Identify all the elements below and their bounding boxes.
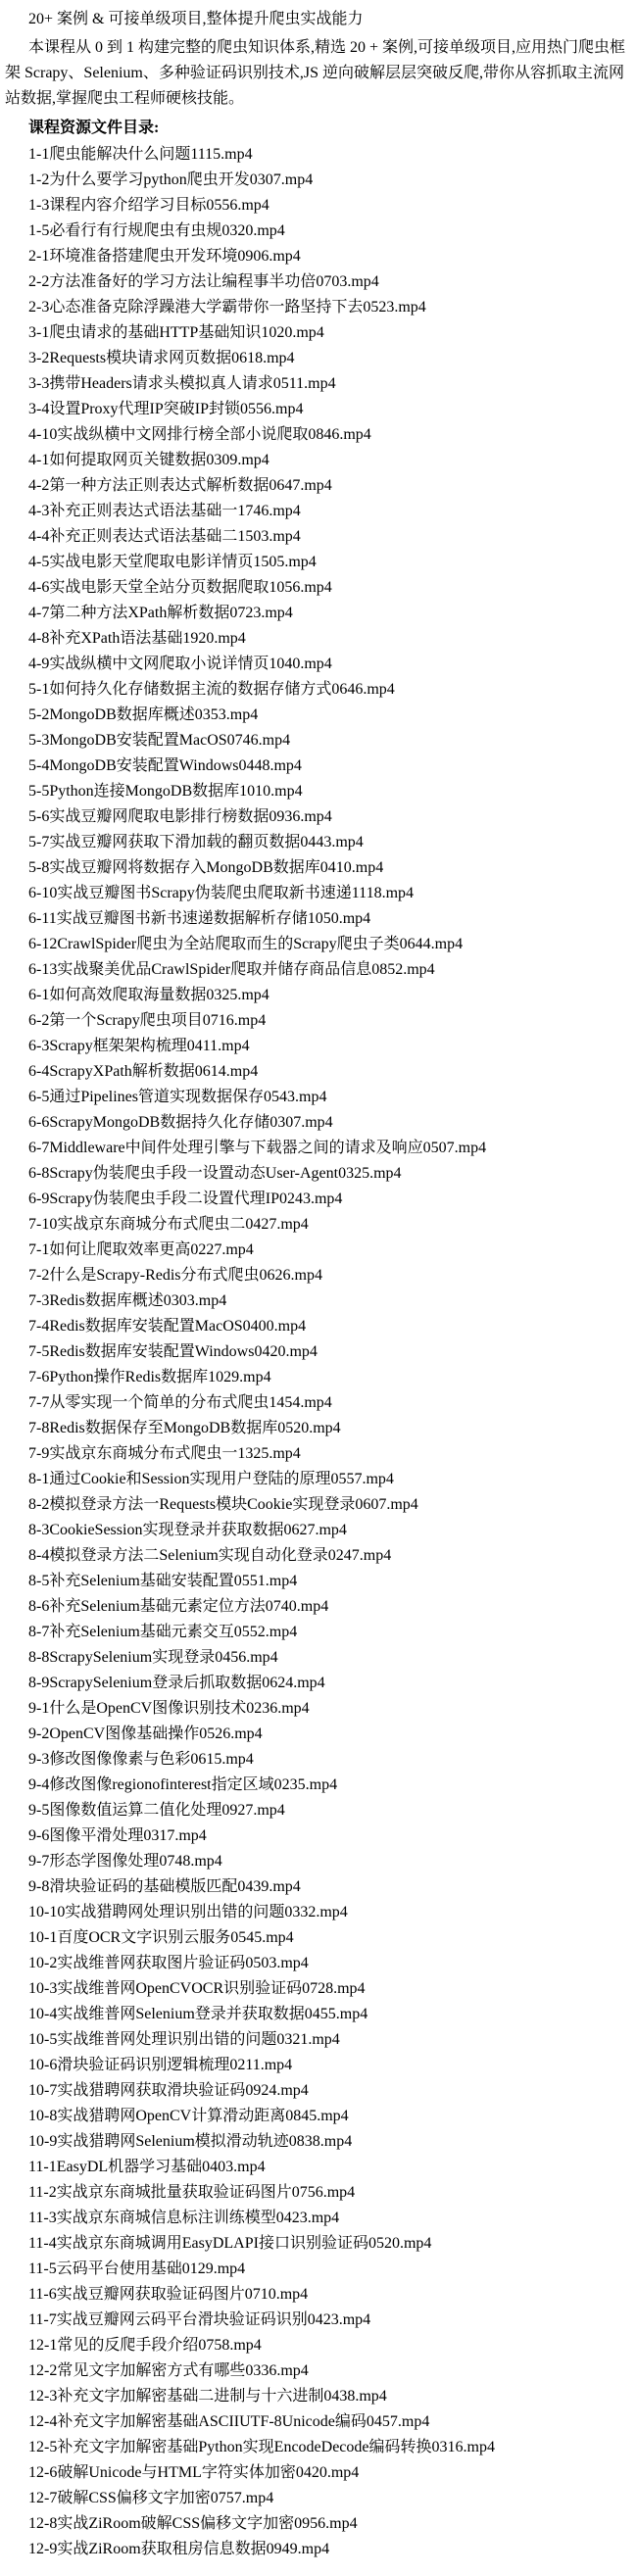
file-list-item: 3-1爬虫请求的基础HTTP基础知识1020.mp4 [28,320,627,346]
file-list-item: 9-2OpenCV图像基础操作0526.mp4 [28,1722,627,1747]
file-list-item: 11-1EasyDL机器学习基础0403.mp4 [28,2155,627,2180]
file-list-item: 10-10实战猎聘网处理识别出错的问题0332.mp4 [28,1900,627,1925]
file-list-item: 4-3补充正则表达式语法基础一1746.mp4 [28,499,627,524]
file-list-item: 4-6实战电影天堂全站分页数据爬取1056.mp4 [28,575,627,601]
file-list-item: 3-3携带Headers请求头模拟真人请求0511.mp4 [28,371,627,397]
file-list-item: 1-5必看行有行规爬虫有虫规0320.mp4 [28,219,627,244]
file-list-item: 7-4Redis数据库安装配置MacOS0400.mp4 [28,1314,627,1339]
file-list-item: 6-5通过Pipelines管道实现数据保存0543.mp4 [28,1085,627,1110]
file-list-item: 8-8ScrapySelenium实现登录0456.mp4 [28,1645,627,1671]
file-list-item: 6-3Scrapy框架架构梳理0411.mp4 [28,1034,627,1059]
file-list-item: 10-6滑块验证码识别逻辑梳理0211.mp4 [28,2053,627,2078]
file-list-item: 7-10实战京东商城分布式爬虫二0427.mp4 [28,1212,627,1238]
file-list-item: 8-4模拟登录方法二Selenium实现自动化登录0247.mp4 [28,1543,627,1569]
file-list-item: 10-8实战猎聘网OpenCV计算滑动距离0845.mp4 [28,2104,627,2129]
file-list-item: 11-2实战京东商城批量获取验证码图片0756.mp4 [28,2180,627,2206]
file-list-item: 12-2常见文字加解密方式有哪些0336.mp4 [28,2358,627,2384]
file-list-item: 9-6图像平滑处理0317.mp4 [28,1823,627,1849]
file-list-item: 4-8补充XPath语法基础1920.mp4 [28,626,627,652]
file-list-item: 8-2模拟登录方法一Requests模块Cookie实现登录0607.mp4 [28,1492,627,1518]
file-list-item: 1-1爬虫能解决什么问题1115.mp4 [28,142,627,168]
file-list-item: 6-7Middleware中间件处理引擎与下载器之间的请求及响应0507.mp4 [28,1136,627,1161]
file-list-item: 8-9ScrapySelenium登录后抓取数据0624.mp4 [28,1671,627,1696]
file-list-item: 6-1如何高效爬取海量数据0325.mp4 [28,983,627,1008]
file-list-item: 7-3Redis数据库概述0303.mp4 [28,1288,627,1314]
file-list-item: 2-3心态准备克除浮躁港大学霸带你一路坚持下去0523.mp4 [28,295,627,320]
file-list-item: 2-1环境准备搭建爬虫开发环境0906.mp4 [28,244,627,269]
file-list-item: 6-6ScrapyMongoDB数据持久化存储0307.mp4 [28,1110,627,1136]
file-list-item: 6-13实战聚美优品CrawlSpider爬取并储存商品信息0852.mp4 [28,957,627,983]
file-list-item: 9-3修改图像像素与色彩0615.mp4 [28,1747,627,1773]
file-list-item: 6-10实战豆瓣图书Scrapy伪装爬虫爬取新书速递1118.mp4 [28,881,627,906]
file-list-item: 8-3CookieSession实现登录并获取数据0627.mp4 [28,1518,627,1543]
file-list-item: 12-1常见的反爬手段介绍0758.mp4 [28,2333,627,2358]
file-list-item: 12-8实战ZiRoom破解CSS偏移文字加密0956.mp4 [28,2511,627,2537]
file-list-item: 10-1百度OCR文字识别云服务0545.mp4 [28,1925,627,1951]
file-list: 1-1爬虫能解决什么问题1115.mp41-2为什么要学习python爬虫开发0… [5,142,627,2562]
directory-heading: 课程资源文件目录: [5,115,627,141]
file-list-item: 4-9实战纵横中文网爬取小说详情页1040.mp4 [28,652,627,677]
file-list-item: 7-8Redis数据保存至MongoDB数据库0520.mp4 [28,1416,627,1441]
file-list-item: 3-2Requests模块请求网页数据0618.mp4 [28,346,627,371]
file-list-item: 9-4修改图像regionofinterest指定区域0235.mp4 [28,1773,627,1798]
intro-summary: 20+ 案例 & 可接单级项目,整体提升爬虫实战能力 [5,7,627,32]
file-list-item: 5-1如何持久化存储数据主流的数据存储方式0646.mp4 [28,677,627,703]
file-list-item: 6-9Scrapy伪装爬虫手段二设置代理IP0243.mp4 [28,1187,627,1212]
file-list-item: 4-4补充正则表达式语法基础二1503.mp4 [28,524,627,550]
file-list-item: 4-7第二种方法XPath解析数据0723.mp4 [28,601,627,626]
file-list-item: 9-1什么是OpenCV图像识别技术0236.mp4 [28,1696,627,1722]
file-list-item: 7-7从零实现一个简单的分布式爬虫1454.mp4 [28,1390,627,1416]
file-list-item: 6-11实战豆瓣图书新书速递数据解析存储1050.mp4 [28,906,627,932]
file-list-item: 3-4设置Proxy代理IP突破IP封锁0556.mp4 [28,397,627,422]
document-page: 20+ 案例 & 可接单级项目,整体提升爬虫实战能力 本课程从 0 到 1 构建… [0,0,637,2576]
file-list-item: 9-8滑块验证码的基础模版匹配0439.mp4 [28,1874,627,1900]
file-list-item: 6-8Scrapy伪装爬虫手段一设置动态User-Agent0325.mp4 [28,1161,627,1187]
file-list-item: 8-5补充Selenium基础安装配置0551.mp4 [28,1569,627,1594]
file-list-item: 2-2方法准备好的学习方法让编程事半功倍0703.mp4 [28,269,627,295]
file-list-item: 7-2什么是Scrapy-Redis分布式爬虫0626.mp4 [28,1263,627,1288]
file-list-item: 11-5云码平台使用基础0129.mp4 [28,2257,627,2282]
file-list-item: 11-7实战豆瓣网云码平台滑块验证码识别0423.mp4 [28,2308,627,2333]
file-list-item: 10-7实战猎聘网获取滑块验证码0924.mp4 [28,2078,627,2104]
file-list-item: 12-5补充文字加解密基础Python实现EncodeDecode编码转换031… [28,2435,627,2460]
file-list-item: 12-4补充文字加解密基础ASCIIUTF-8Unicode编码0457.mp4 [28,2409,627,2435]
file-list-item: 7-1如何让爬取效率更高0227.mp4 [28,1238,627,1263]
file-list-item: 7-5Redis数据库安装配置Windows0420.mp4 [28,1339,627,1365]
file-list-item: 8-1通过Cookie和Session实现用户登陆的原理0557.mp4 [28,1467,627,1492]
file-list-item: 5-7实战豆瓣网获取下滑加载的翻页数据0443.mp4 [28,830,627,855]
file-list-item: 6-2第一个Scrapy爬虫项目0716.mp4 [28,1008,627,1034]
file-list-item: 9-7形态学图像处理0748.mp4 [28,1849,627,1874]
file-list-item: 1-3课程内容介绍学习目标0556.mp4 [28,193,627,219]
file-list-item: 10-4实战维普网Selenium登录并获取数据0455.mp4 [28,2002,627,2027]
file-list-item: 6-12CrawlSpider爬虫为全站爬取而生的Scrapy爬虫子类0644.… [28,932,627,957]
file-list-item: 12-3补充文字加解密基础二进制与十六进制0438.mp4 [28,2384,627,2409]
file-list-item: 10-2实战维普网获取图片验证码0503.mp4 [28,1951,627,1976]
intro-description: 本课程从 0 到 1 构建完整的爬虫知识体系,精选 20 + 案例,可接单级项目… [5,35,627,112]
file-list-item: 5-2MongoDB数据库概述0353.mp4 [28,703,627,728]
file-list-item: 1-2为什么要学习python爬虫开发0307.mp4 [28,168,627,193]
file-list-item: 11-3实战京东商城信息标注训练模型0423.mp4 [28,2206,627,2231]
file-list-item: 12-9实战ZiRoom获取租房信息数据0949.mp4 [28,2537,627,2562]
file-list-item: 11-4实战京东商城调用EasyDLAPI接口识别验证码0520.mp4 [28,2231,627,2257]
file-list-item: 4-2第一种方法正则表达式解析数据0647.mp4 [28,473,627,499]
file-list-item: 7-6Python操作Redis数据库1029.mp4 [28,1365,627,1390]
file-list-item: 12-6破解Unicode与HTML字符实体加密0420.mp4 [28,2460,627,2486]
file-list-item: 10-3实战维普网OpenCVOCR识别验证码0728.mp4 [28,1976,627,2002]
file-list-item: 10-5实战维普网处理识别出错的问题0321.mp4 [28,2027,627,2053]
file-list-item: 9-5图像数值运算二值化处理0927.mp4 [28,1798,627,1823]
file-list-item: 5-8实战豆瓣网将数据存入MongoDB数据库0410.mp4 [28,855,627,881]
file-list-item: 11-6实战豆瓣网获取验证码图片0710.mp4 [28,2282,627,2308]
file-list-item: 5-4MongoDB安装配置Windows0448.mp4 [28,753,627,779]
file-list-item: 7-9实战京东商城分布式爬虫一1325.mp4 [28,1441,627,1467]
file-list-item: 6-4ScrapyXPath解析数据0614.mp4 [28,1059,627,1085]
file-list-item: 12-7破解CSS偏移文字加密0757.mp4 [28,2486,627,2511]
file-list-item: 4-10实战纵横中文网排行榜全部小说爬取0846.mp4 [28,422,627,448]
file-list-item: 8-7补充Selenium基础元素交互0552.mp4 [28,1620,627,1645]
file-list-item: 8-6补充Selenium基础元素定位方法0740.mp4 [28,1594,627,1620]
file-list-item: 4-1如何提取网页关键数据0309.mp4 [28,448,627,473]
file-list-item: 10-9实战猎聘网Selenium模拟滑动轨迹0838.mp4 [28,2129,627,2155]
file-list-item: 5-5Python连接MongoDB数据库1010.mp4 [28,779,627,804]
file-list-item: 4-5实战电影天堂爬取电影详情页1505.mp4 [28,550,627,575]
file-list-item: 5-3MongoDB安装配置MacOS0746.mp4 [28,728,627,753]
file-list-item: 5-6实战豆瓣网爬取电影排行榜数据0936.mp4 [28,804,627,830]
